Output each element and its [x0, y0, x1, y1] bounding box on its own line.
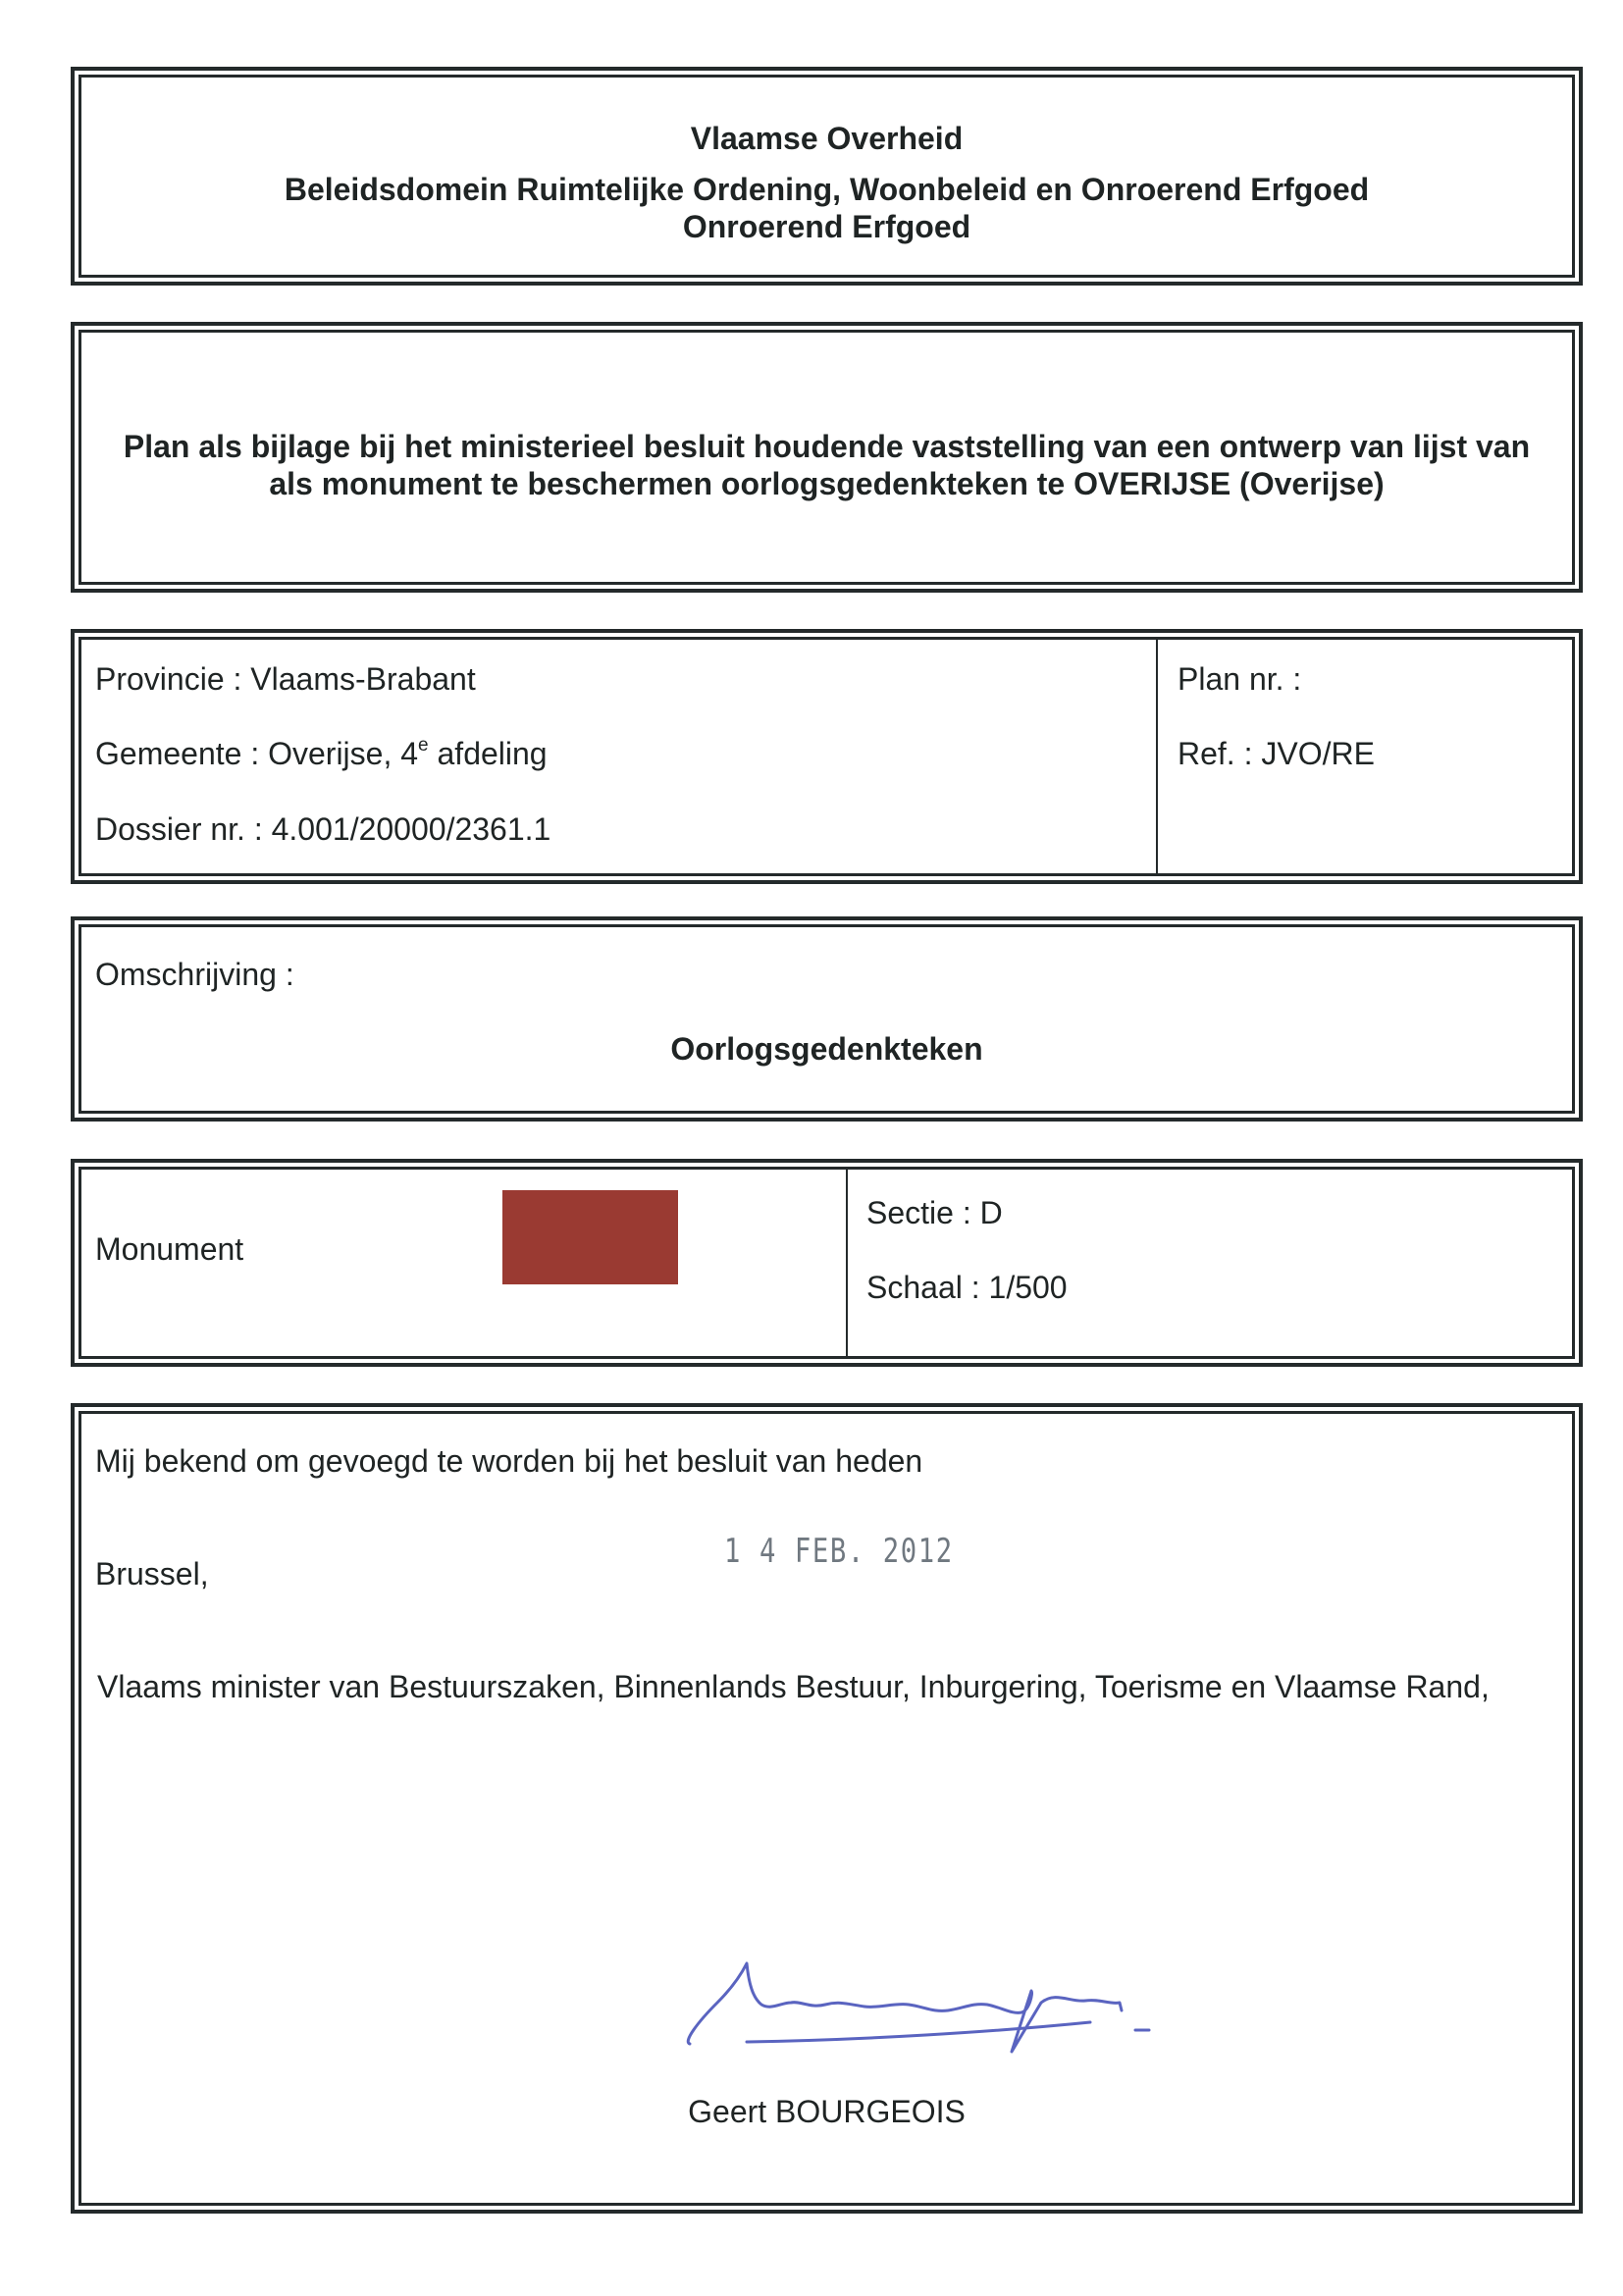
ref-field: Ref. : JVO/RE — [1178, 738, 1375, 769]
sectie-field: Sectie : D — [866, 1197, 1003, 1228]
info-divider — [1156, 640, 1158, 873]
date-stamp: 1 4 FEB. 2012 — [724, 1532, 954, 1571]
description-box: Omschrijving : Oorlogsgedenkteken — [71, 916, 1583, 1122]
title-line-2: als monument te beschermen oorlogsgedenk… — [81, 468, 1572, 499]
signatory-name: Geert BOURGEOIS — [81, 2096, 1572, 2127]
approval-box: Mij bekend om gevoegd te worden bij het … — [71, 1403, 1583, 2214]
legend-divider — [846, 1170, 848, 1356]
legend-monument-label: Monument — [95, 1233, 243, 1265]
dossier-field: Dossier nr. : 4.001/20000/2361.1 — [95, 813, 550, 845]
plan-nr-field: Plan nr. : — [1178, 663, 1301, 695]
agency-name: Onroerend Erfgoed — [81, 211, 1572, 242]
description-value: Oorlogsgedenkteken — [81, 1033, 1572, 1065]
title-line-1: Plan als bijlage bij het ministerieel be… — [81, 431, 1572, 462]
organization-name: Vlaamse Overheid — [81, 123, 1572, 154]
schaal-field: Schaal : 1/500 — [866, 1272, 1068, 1303]
place-label: Brussel, — [95, 1558, 209, 1590]
title-box: Plan als bijlage bij het ministerieel be… — [71, 322, 1583, 593]
gemeente-field: Gemeente : Overijse, 4e afdeling — [95, 738, 548, 769]
provincie-field: Provincie : Vlaams-Brabant — [95, 663, 476, 695]
description-label: Omschrijving : — [95, 959, 294, 990]
info-box: Provincie : Vlaams-Brabant Gemeente : Ov… — [71, 629, 1583, 884]
header-box: Vlaamse Overheid Beleidsdomein Ruimtelij… — [71, 67, 1583, 286]
approval-statement: Mij bekend om gevoegd te worden bij het … — [95, 1445, 922, 1477]
monument-color-swatch — [502, 1190, 678, 1284]
minister-title: Vlaams minister van Bestuurszaken, Binne… — [97, 1671, 1490, 1702]
legend-box: Monument Sectie : D Schaal : 1/500 — [71, 1159, 1583, 1367]
policy-domain: Beleidsdomein Ruimtelijke Ordening, Woon… — [81, 174, 1572, 205]
